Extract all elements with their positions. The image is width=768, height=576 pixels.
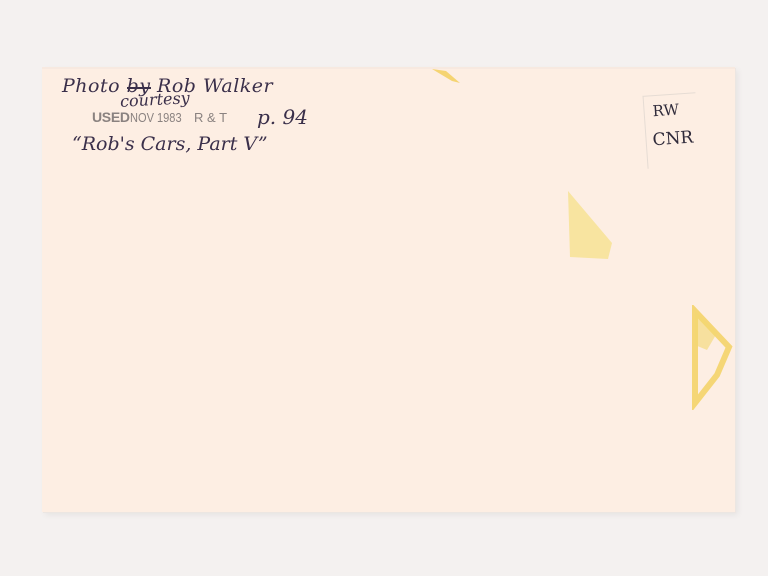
tape-stain-top [430, 67, 470, 87]
note-line-2: CNR [652, 128, 694, 151]
page-reference: p. 94 [257, 105, 308, 129]
stamp-used: USED [92, 109, 130, 125]
article-title: “Rob's Cars, Part V” [72, 133, 268, 155]
note-line-1: RW [652, 100, 680, 120]
stamp-initials: R & T [194, 110, 227, 125]
photo-card-back: Photo by Rob Walker courtesy USEDNOV 198… [42, 67, 735, 512]
courtesy-insert: courtesy [120, 88, 191, 111]
corner-note: RW CNR [643, 92, 701, 169]
credit-prefix: Photo [62, 75, 120, 97]
used-stamp: USEDNOV 1983 R & T [92, 109, 227, 125]
stamp-date: NOV 1983 [130, 110, 182, 125]
card-edge [42, 67, 735, 69]
tape-stain-right [687, 305, 737, 410]
tape-stain-middle [562, 185, 622, 265]
